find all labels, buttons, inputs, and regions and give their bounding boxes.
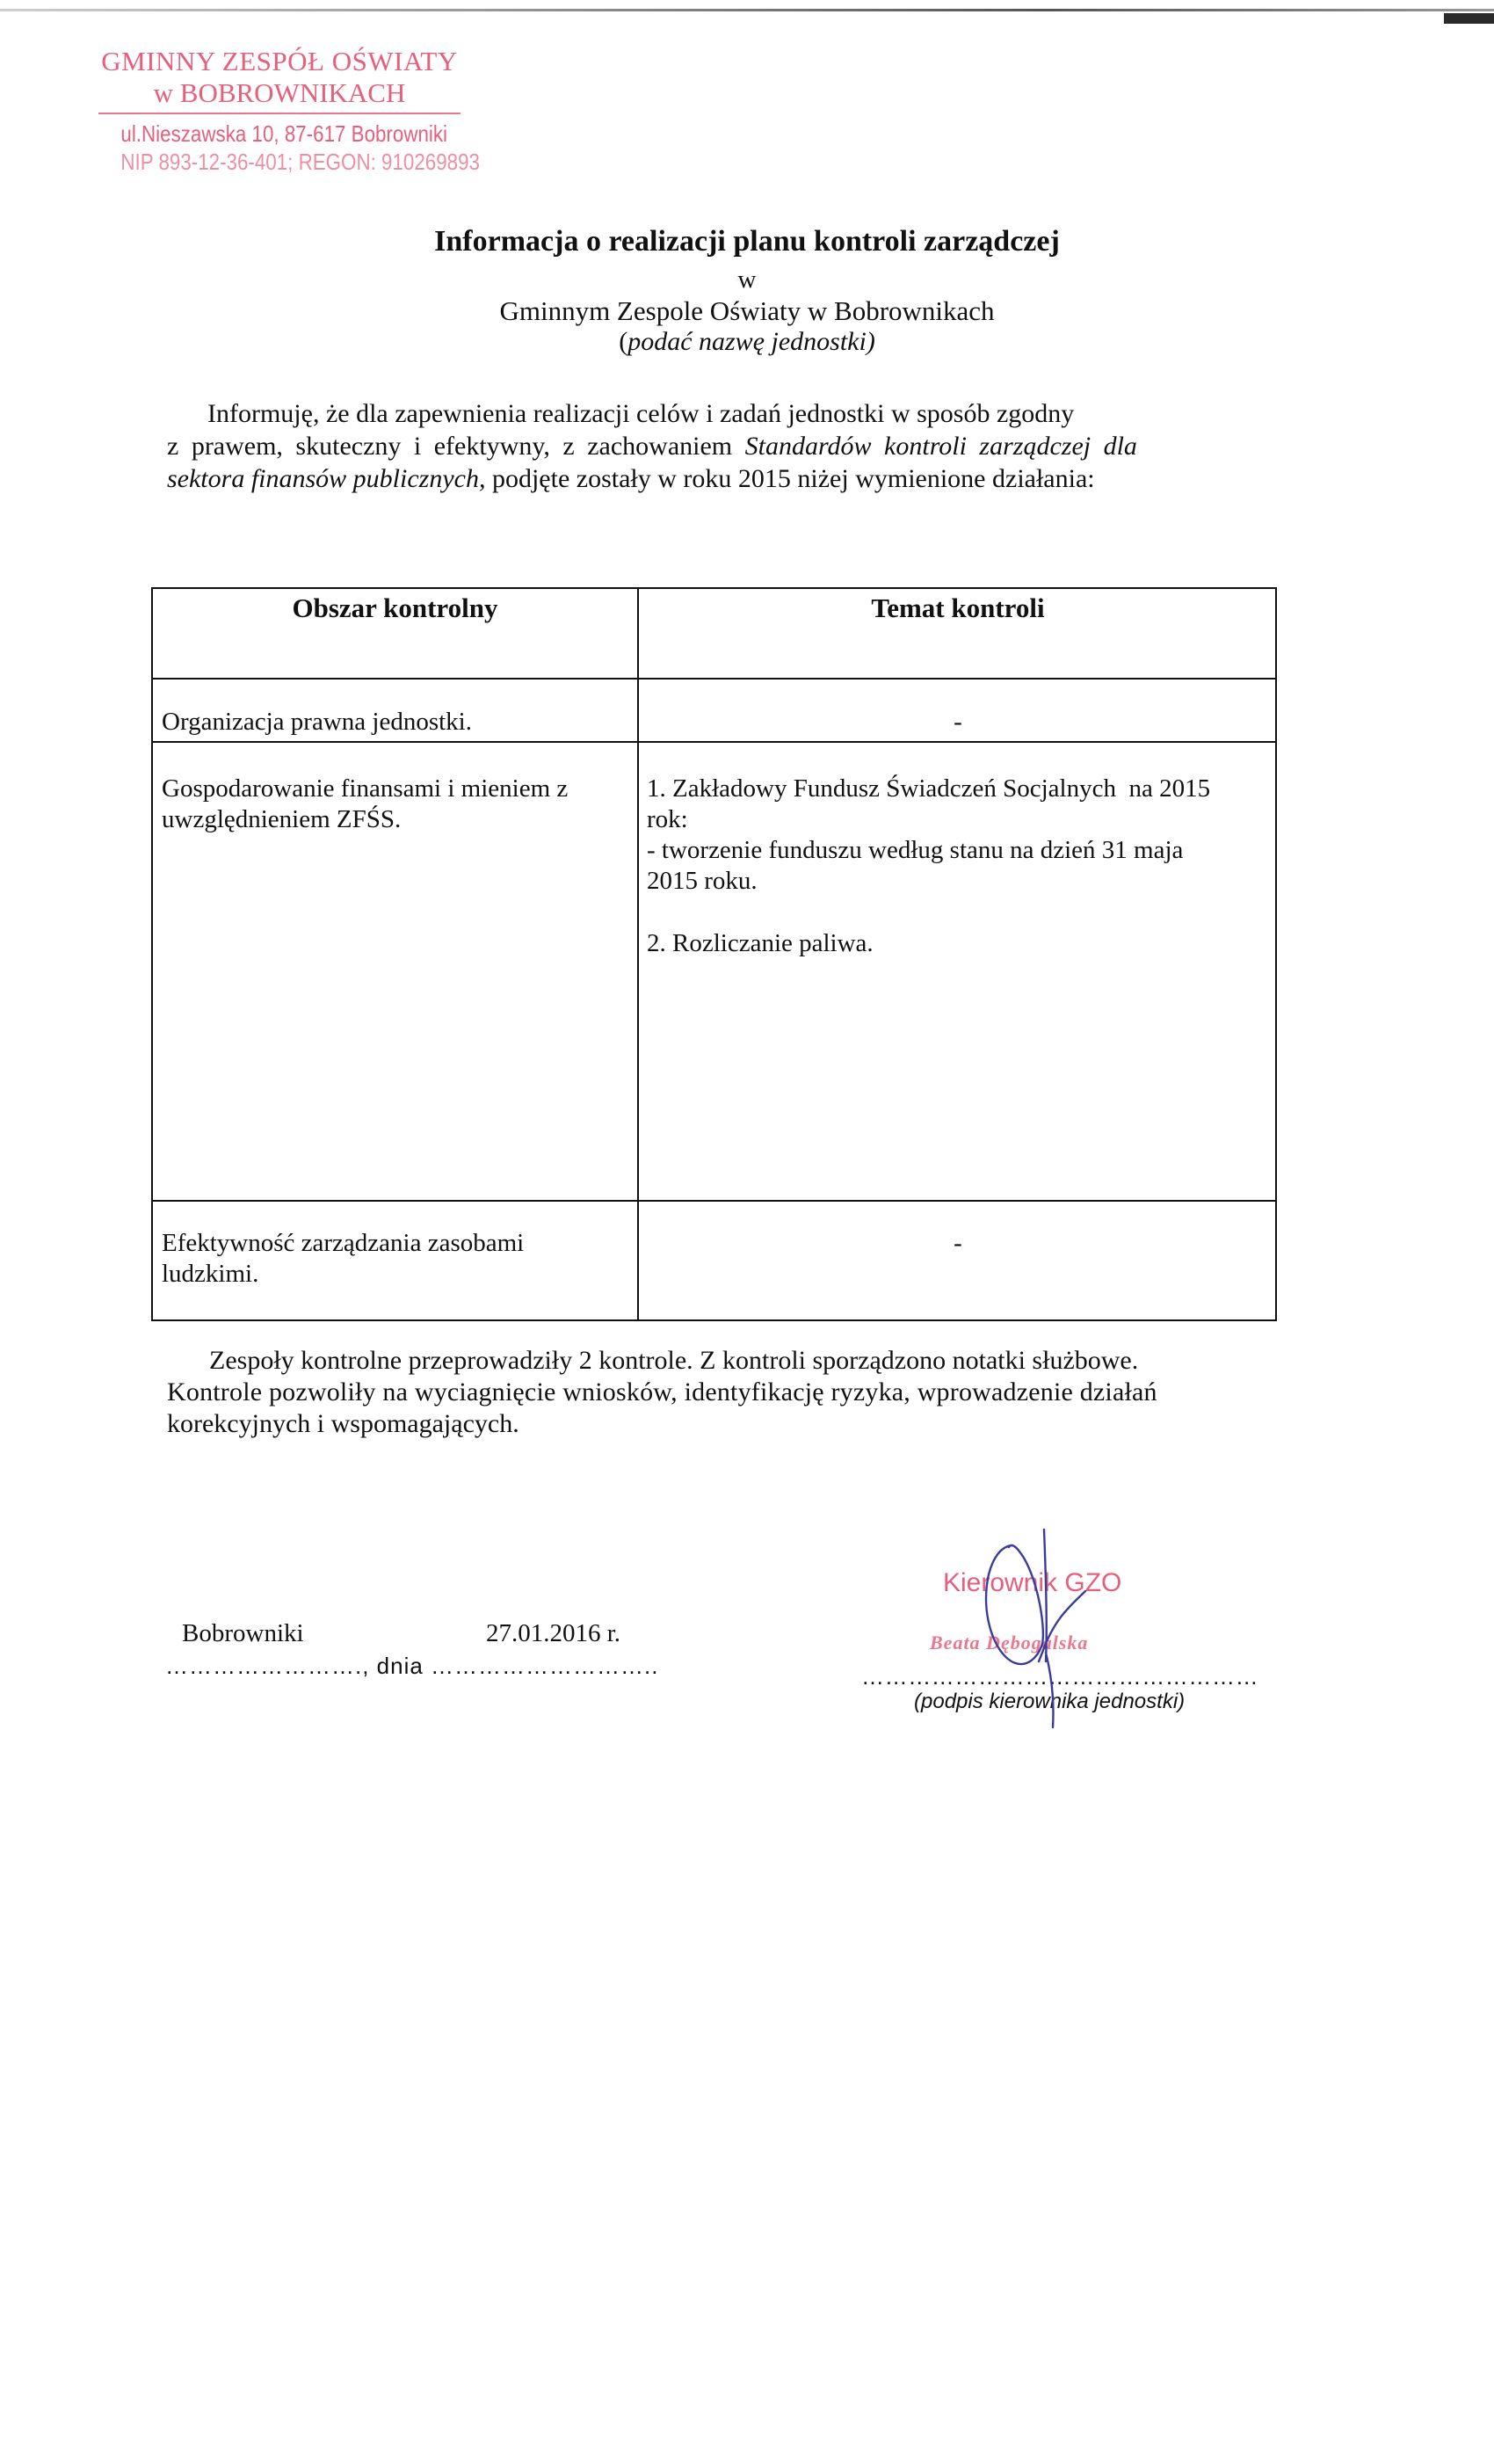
column-divider	[637, 589, 639, 1319]
control-table: Obszar kontrolny Temat kontroli Organiza…	[151, 587, 1277, 1321]
intro-line-1: Informuję, że dla zapewnienia realizacji…	[167, 397, 1276, 430]
title-preposition: w	[0, 265, 1494, 294]
row-2-area: Gospodarowanie finansami i mieniem z uwz…	[162, 774, 568, 835]
header-area: Obszar kontrolny	[153, 592, 637, 623]
row-1-area: Organizacja prawna jednostki.	[162, 707, 472, 738]
stamp-line-location: w BOBROWNIKACH	[95, 77, 464, 109]
row-2-topic-spacer	[647, 897, 1210, 928]
hint-text: podać nazwę jednostki)	[627, 327, 875, 356]
summary-line-2: Kontrole pozwoliły na wyciagnięcie wnios…	[167, 1377, 1276, 1408]
row-2-topic-line: 2015 roku.	[647, 866, 1210, 897]
row-3-area: Efektywność zarządzania zasobami ludzkim…	[162, 1228, 524, 1290]
place-value: Bobrowniki	[182, 1619, 304, 1648]
stamp-ids: NIP 893-12-36-401; REGON: 910269893	[120, 148, 438, 176]
summary-line-3: korekcyjnych i wspomagających.	[167, 1408, 1276, 1440]
row-2-topic-line: 2. Rozliczanie paliwa.	[647, 928, 1210, 959]
unit-name-hint: (podać nazwę jednostki)	[0, 327, 1494, 357]
row-1-topic: -	[639, 707, 1277, 738]
scan-corner-mark	[1444, 13, 1494, 24]
handwritten-signature-icon	[967, 1521, 1107, 1732]
intro-line-3-text: podjęte zostały w roku 2015 niżej wymien…	[485, 464, 1094, 493]
document-title: Informacja o realizacji planu kontroli z…	[0, 225, 1494, 258]
stamp-line-name: GMINNY ZESPÓŁ OŚWIATY	[95, 46, 464, 77]
institution-stamp: GMINNY ZESPÓŁ OŚWIATY w BOBROWNIKACH ul.…	[95, 46, 464, 176]
summary-paragraph: Zespoły kontrolne przeprowadziły 2 kontr…	[167, 1345, 1276, 1440]
unit-name: Gminnym Zespole Oświaty w Bobrownikach	[0, 295, 1494, 327]
summary-line-1: Zespoły kontrolne przeprowadziły 2 kontr…	[167, 1345, 1276, 1377]
row-2-topic-line: rok:	[647, 804, 1210, 835]
date-value: 27.01.2016 r.	[486, 1619, 620, 1648]
row-3-area-line: Efektywność zarządzania zasobami	[162, 1228, 524, 1259]
row-2-area-line: uwzględnieniem ZFŚS.	[162, 804, 568, 835]
header-topic: Temat kontroli	[639, 592, 1277, 623]
scan-edge-line	[0, 9, 1494, 11]
row-2-topic-line: 1. Zakładowy Fundusz Świadczeń Socjalnyc…	[647, 774, 1210, 804]
intro-line-2: z prawem, skuteczny i efektywny, z zacho…	[167, 430, 1276, 462]
stamp-address: ul.Nieszawska 10, 87-617 Bobrowniki	[120, 120, 438, 148]
intro-line-2-text: z prawem, skuteczny i efektywny, z zacho…	[167, 432, 745, 461]
stamp-divider	[98, 113, 461, 114]
intro-sector-ref: sektora finansów publicznych,	[167, 464, 485, 493]
header-row-divider	[153, 678, 1275, 680]
row-2-topic: 1. Zakładowy Fundusz Świadczeń Socjalnyc…	[647, 774, 1210, 959]
intro-line-3: sektora finansów publicznych, podjęte zo…	[167, 462, 1276, 495]
place-date-line: ……………………., dnia ………………………..	[165, 1653, 659, 1680]
row-3-area-line: ludzkimi.	[162, 1259, 524, 1290]
hint-paren: (	[619, 327, 627, 356]
row-2-divider	[153, 1200, 1275, 1202]
intro-paragraph: Informuję, że dla zapewnienia realizacji…	[167, 397, 1276, 495]
row-2-topic-line: - tworzenie funduszu według stanu na dzi…	[647, 835, 1210, 866]
intro-standards-ref: Standardów kontroli zarządczej dla	[745, 432, 1137, 461]
row-1-divider	[153, 741, 1275, 743]
row-3-topic: -	[639, 1228, 1277, 1259]
row-2-area-line: Gospodarowanie finansami i mieniem z	[162, 774, 568, 804]
